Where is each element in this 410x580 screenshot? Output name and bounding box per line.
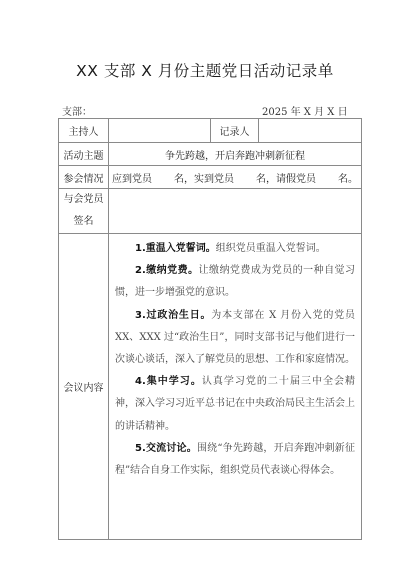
content-item-3: 3.过政治生日。为本支部在 X 月份入党的党员 XX、XXX 过“政治生日”，同… xyxy=(115,305,355,372)
content-item-heading: 3.过政治生日。 xyxy=(135,310,211,321)
signature-label-line2: 签名 xyxy=(59,211,108,233)
expected-members-label: 应到党员 xyxy=(112,174,152,185)
content-item-1: 1.重温入党誓词。组织党员重温入党誓词。 xyxy=(115,238,355,260)
branch-label: 支部： xyxy=(62,103,92,118)
meeting-content[interactable]: 1.重温入党誓词。组织党员重温入党誓词。 2.缴纳党费。让缴纳党费成为党员的一种… xyxy=(109,234,362,540)
document-title: XX 支部 X 月份主题党日活动记录单 xyxy=(0,59,410,81)
recorder-field[interactable] xyxy=(259,119,362,143)
host-row: 主持人 记录人 xyxy=(59,119,362,143)
attendance-row: 参会情况 应到党员名，实到党员名，请假党员名。 xyxy=(59,166,362,189)
content-item-body: 组织党员重温入党誓词。 xyxy=(216,243,326,254)
content-row: 会议内容 1.重温入党誓词。组织党员重温入党誓词。 2.缴纳党费。让缴纳党费成为… xyxy=(59,234,362,540)
leave-unit: 名。 xyxy=(338,174,358,185)
host-field[interactable] xyxy=(109,119,211,143)
content-label: 会议内容 xyxy=(59,234,109,540)
content-item-heading: 2.缴纳党费。 xyxy=(135,265,199,276)
theme-label: 活动主题 xyxy=(59,143,109,166)
actual-unit: 名， xyxy=(256,174,276,185)
content-item-5: 5.交流讨论。围绕“争先跨越，开启奔跑冲刺新征程”结合自身工作实际，组织党员代表… xyxy=(115,438,355,482)
signature-row: 与会党员 签名 xyxy=(59,189,362,234)
attendance-value[interactable]: 应到党员名，实到党员名，请假党员名。 xyxy=(109,166,362,189)
theme-value[interactable]: 争先跨越，开启奔跑冲刺新征程 xyxy=(109,143,362,166)
attendance-label: 参会情况 xyxy=(59,166,109,189)
recorder-label: 记录人 xyxy=(211,119,259,143)
content-item-heading: 5.交流讨论。 xyxy=(135,443,197,454)
activity-record-table: 主持人 记录人 活动主题 争先跨越，开启奔跑冲刺新征程 参会情况 应到党员名，实… xyxy=(58,118,362,540)
signature-field[interactable] xyxy=(109,189,362,234)
host-label: 主持人 xyxy=(59,119,109,143)
content-item-heading: 4.集中学习。 xyxy=(135,376,202,387)
content-item-heading: 1.重温入党誓词。 xyxy=(135,243,216,254)
record-date: 2025 年 X 月 X 日 xyxy=(262,103,348,118)
theme-row: 活动主题 争先跨越，开启奔跑冲刺新征程 xyxy=(59,143,362,166)
signature-label-line1: 与会党员 xyxy=(59,189,108,211)
leave-members-label: 请假党员 xyxy=(276,174,316,185)
actual-members-label: 实到党员 xyxy=(194,174,234,185)
content-item-2: 2.缴纳党费。让缴纳党费成为党员的一种自觉习惯，进一步增强党的意识。 xyxy=(115,260,355,304)
content-item-4: 4.集中学习。认真学习党的二十届三中全会精神，深入学习习近平总书记在中央政治局民… xyxy=(115,371,355,438)
expected-unit: 名， xyxy=(174,174,194,185)
signature-label: 与会党员 签名 xyxy=(59,189,109,234)
